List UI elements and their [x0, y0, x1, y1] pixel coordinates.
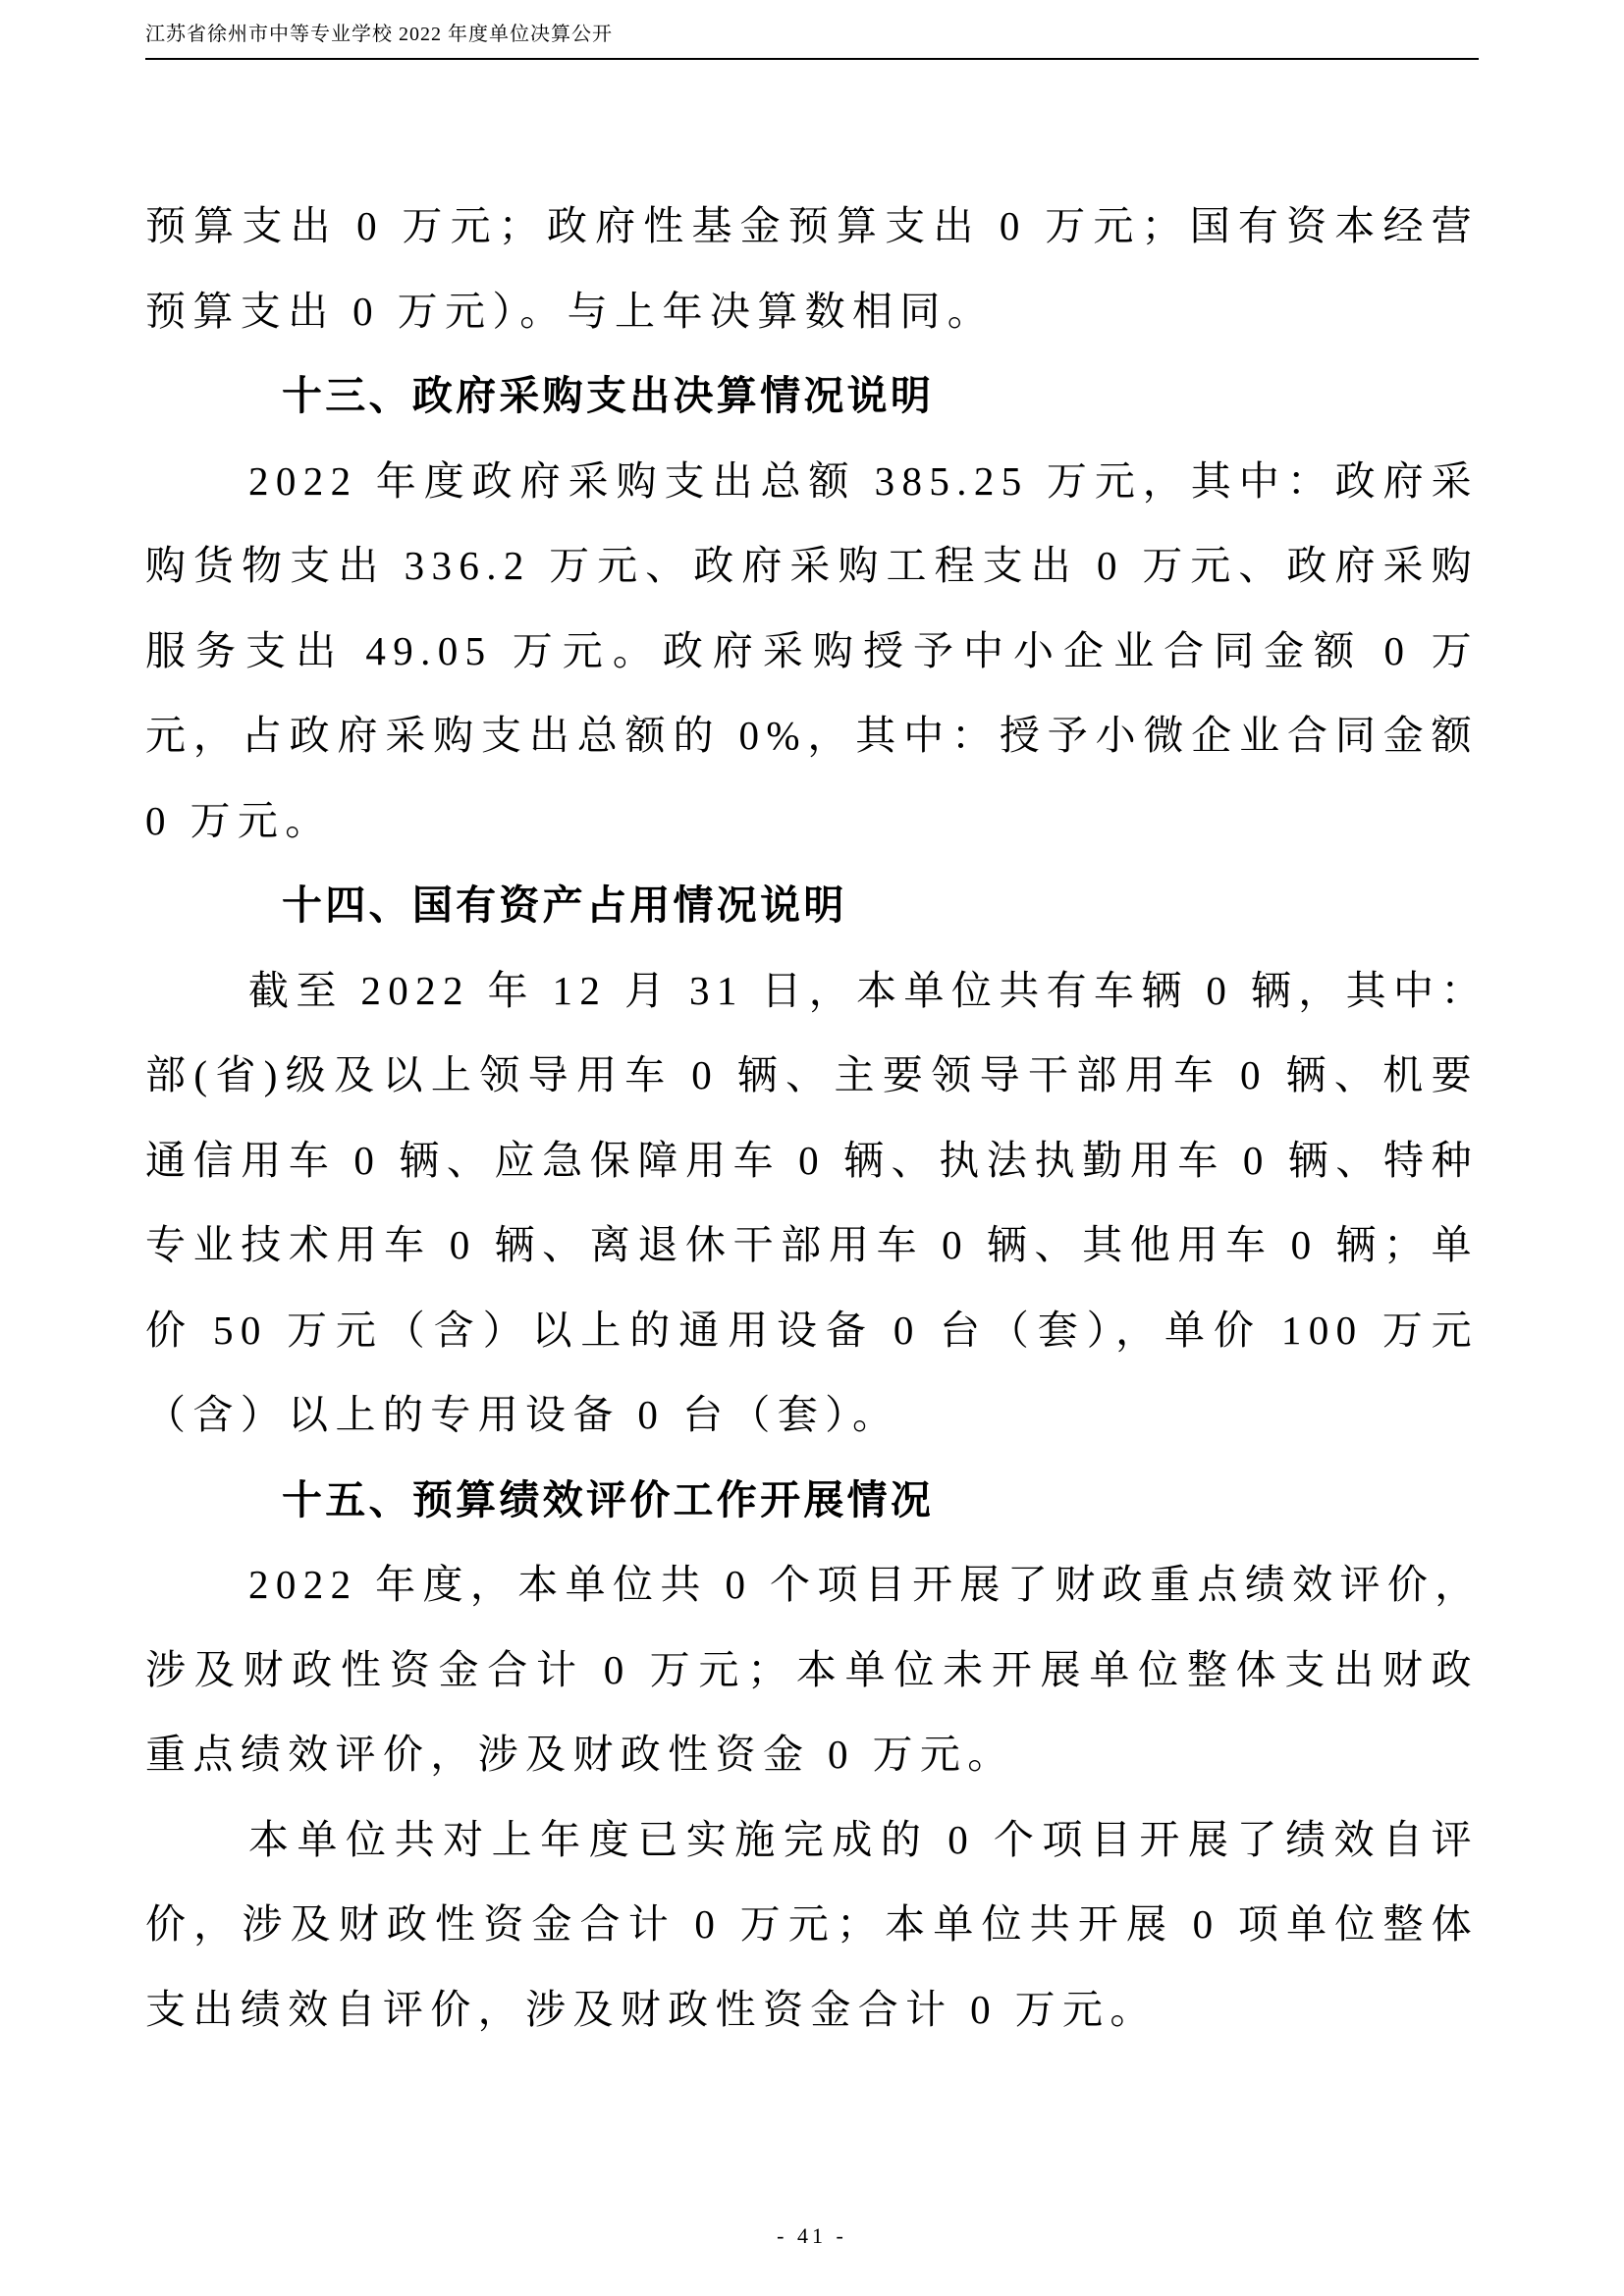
- document-line: 通信用车 0 辆、应急保障用车 0 辆、执法执勤用车 0 辆、特种: [145, 1118, 1479, 1203]
- section-heading: 十三、政府采购支出决算情况说明: [145, 353, 1479, 439]
- document-body: 预算支出 0 万元；政府性基金预算支出 0 万元；国有资本经营 预算支出 0 万…: [145, 184, 1479, 2052]
- document-line: 本单位共对上年度已实施完成的 0 个项目开展了绩效自评: [145, 1797, 1479, 1883]
- document-line: 2022 年度政府采购支出总额 385.25 万元，其中：政府采: [145, 439, 1479, 524]
- document-line: 部(省)级及以上领导用车 0 辆、主要领导干部用车 0 辆、机要: [145, 1033, 1479, 1118]
- document-line: （含）以上的专用设备 0 台（套）。: [145, 1372, 1479, 1458]
- document-line: 服务支出 49.05 万元。政府采购授予中小企业合同金额 0 万: [145, 609, 1479, 694]
- page-header-title: 江苏省徐州市中等专业学校 2022 年度单位决算公开: [145, 18, 1479, 60]
- document-line: 2022 年度，本单位共 0 个项目开展了财政重点绩效评价，: [145, 1542, 1479, 1628]
- document-line: 元，占政府采购支出总额的 0%，其中：授予小微企业合同金额: [145, 693, 1479, 778]
- document-line: 购货物支出 336.2 万元、政府采购工程支出 0 万元、政府采购: [145, 523, 1479, 609]
- document-line: 涉及财政性资金合计 0 万元；本单位未开展单位整体支出财政: [145, 1628, 1479, 1713]
- page-number: - 41 -: [0, 2223, 1624, 2249]
- document-line: 价，涉及财政性资金合计 0 万元；本单位共开展 0 项单位整体: [145, 1882, 1479, 1967]
- document-line: 价 50 万元（含）以上的通用设备 0 台（套），单价 100 万元: [145, 1288, 1479, 1373]
- document-line: 专业技术用车 0 辆、离退休干部用车 0 辆、其他用车 0 辆；单: [145, 1202, 1479, 1288]
- document-line: 0 万元。: [145, 778, 1479, 864]
- section-heading: 十四、国有资产占用情况说明: [145, 863, 1479, 948]
- document-line: 重点绩效评价，涉及财政性资金 0 万元。: [145, 1712, 1479, 1797]
- document-line: 支出绩效自评价，涉及财政性资金合计 0 万元。: [145, 1967, 1479, 2053]
- document-line: 截至 2022 年 12 月 31 日，本单位共有车辆 0 辆，其中：副: [145, 948, 1479, 1034]
- document-page: 江苏省徐州市中等专业学校 2022 年度单位决算公开 预算支出 0 万元；政府性…: [0, 0, 1624, 2296]
- section-heading: 十五、预算绩效评价工作开展情况: [145, 1458, 1479, 1543]
- document-line: 预算支出 0 万元）。与上年决算数相同。: [145, 269, 1479, 354]
- document-line: 预算支出 0 万元；政府性基金预算支出 0 万元；国有资本经营: [145, 184, 1479, 269]
